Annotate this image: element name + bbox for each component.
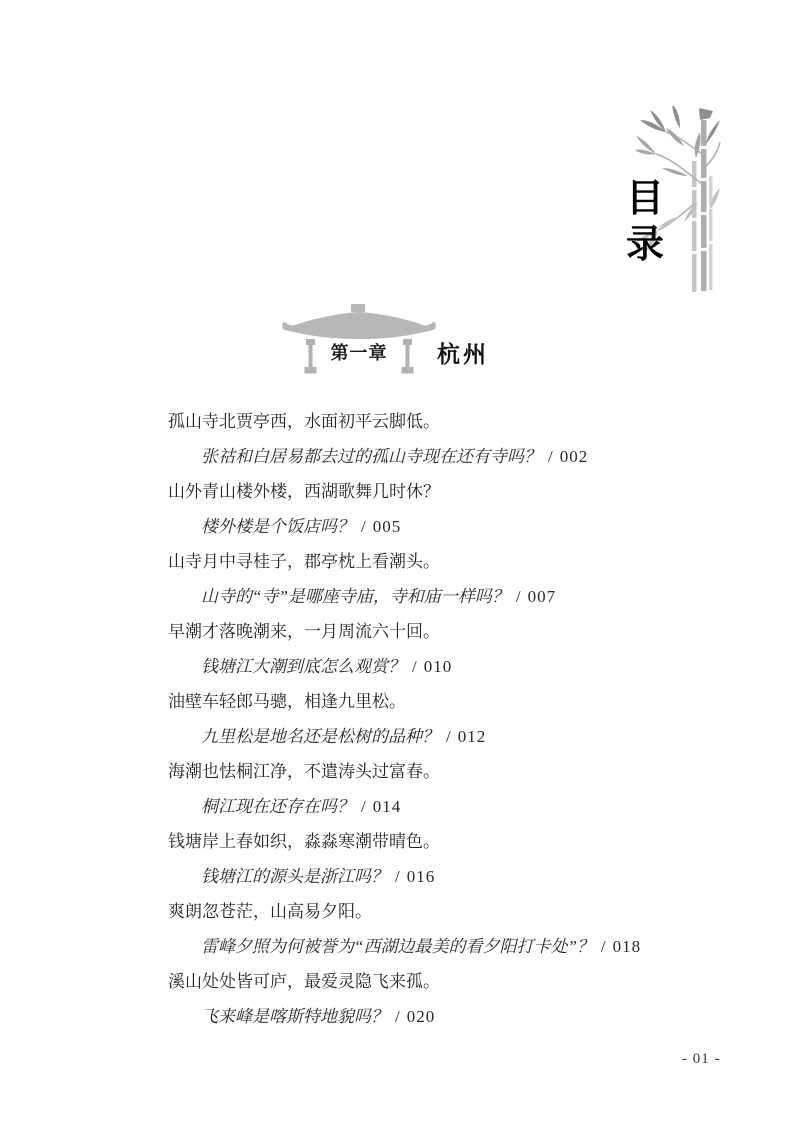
separator: / bbox=[446, 727, 451, 746]
poem-line: 孤山寺北贾亭西，水面初平云脚低。 bbox=[168, 404, 648, 439]
poem-line: 溪山处处皆可庐，最爱灵隐飞来孤。 bbox=[168, 964, 648, 999]
page-number: 012 bbox=[458, 727, 487, 746]
poem-line: 油壁车轻郎马骢，相逢九里松。 bbox=[168, 684, 648, 719]
page-number: 014 bbox=[373, 797, 402, 816]
question-text: 楼外楼是个饭店吗？ bbox=[201, 517, 354, 536]
page-number: 020 bbox=[407, 1007, 436, 1026]
toc-entry: 海潮也怯桐江净，不遣涛头过富春。 桐江现在还存在吗？/014 bbox=[168, 754, 648, 824]
separator: / bbox=[395, 1007, 400, 1026]
toc-entry: 溪山处处皆可庐，最爱灵隐飞来孤。 飞来峰是喀斯特地貌吗？/020 bbox=[168, 964, 648, 1034]
separator: / bbox=[361, 517, 366, 536]
chapter-label: 第一章 bbox=[281, 339, 437, 365]
poem-line: 钱塘岸上春如织，淼淼寒潮带晴色。 bbox=[168, 824, 648, 859]
page-number: 005 bbox=[373, 517, 402, 536]
question-text: 张祜和白居易都去过的孤山寺现在还有寺吗？ bbox=[201, 447, 541, 466]
question-text: 飞来峰是喀斯特地貌吗？ bbox=[201, 1007, 388, 1026]
toc-entry: 山寺月中寻桂子，郡亭枕上看潮头。 山寺的“寺”是哪座寺庙，寺和庙一样吗？/007 bbox=[168, 544, 648, 614]
page-title-char-2: 录 bbox=[622, 222, 668, 268]
question-line: 九里松是地名还是松树的品种？/012 bbox=[168, 719, 648, 754]
chapter-title: 杭州 bbox=[437, 336, 489, 369]
poem-line: 爽朗忽苍茫，山高易夕阳。 bbox=[168, 894, 648, 929]
toc-entry: 爽朗忽苍茫，山高易夕阳。 雷峰夕照为何被誉为“西湖边最美的看夕阳打卡处”？/01… bbox=[168, 894, 648, 964]
question-text: 桐江现在还存在吗？ bbox=[201, 797, 354, 816]
toc-entry: 孤山寺北贾亭西，水面初平云脚低。 张祜和白居易都去过的孤山寺现在还有寺吗？/00… bbox=[168, 404, 648, 474]
separator: / bbox=[361, 797, 366, 816]
footer-page-number: - 01 - bbox=[682, 1051, 721, 1068]
separator: / bbox=[548, 447, 553, 466]
poem-line: 山寺月中寻桂子，郡亭枕上看潮头。 bbox=[168, 544, 648, 579]
toc-entry: 油壁车轻郎马骢，相逢九里松。 九里松是地名还是松树的品种？/012 bbox=[168, 684, 648, 754]
page-number: 002 bbox=[560, 447, 589, 466]
separator: / bbox=[395, 867, 400, 886]
toc-entry: 山外青山楼外楼，西湖歌舞几时休？ 楼外楼是个饭店吗？/005 bbox=[168, 474, 648, 544]
page-number: 007 bbox=[528, 587, 557, 606]
separator: / bbox=[516, 587, 521, 606]
page-number: 018 bbox=[613, 937, 642, 956]
toc-page: 目 录 第一章 杭州 孤山寺北贾亭西，水面初平云脚低。 张祜和白居易都去过的孤山… bbox=[0, 0, 799, 1129]
page-title-char-1: 目 bbox=[622, 176, 668, 222]
page-number: 016 bbox=[407, 867, 436, 886]
poem-line: 山外青山楼外楼，西湖歌舞几时休？ bbox=[168, 474, 648, 509]
question-line: 雷峰夕照为何被誉为“西湖边最美的看夕阳打卡处”？/018 bbox=[168, 929, 648, 964]
poem-line: 早潮才落晚潮来，一月周流六十回。 bbox=[168, 614, 648, 649]
question-line: 钱塘江的源头是浙江吗？/016 bbox=[168, 859, 648, 894]
question-line: 张祜和白居易都去过的孤山寺现在还有寺吗？/002 bbox=[168, 439, 648, 474]
question-line: 楼外楼是个饭店吗？/005 bbox=[168, 509, 648, 544]
separator: / bbox=[412, 657, 417, 676]
question-line: 钱塘江大潮到底怎么观赏？/010 bbox=[168, 649, 648, 684]
question-line: 飞来峰是喀斯特地貌吗？/020 bbox=[168, 999, 648, 1034]
question-line: 山寺的“寺”是哪座寺庙，寺和庙一样吗？/007 bbox=[168, 579, 648, 614]
page-title: 目 录 bbox=[622, 176, 668, 268]
poem-line: 海潮也怯桐江净，不遣涛头过富春。 bbox=[168, 754, 648, 789]
toc-entry: 早潮才落晚潮来，一月周流六十回。 钱塘江大潮到底怎么观赏？/010 bbox=[168, 614, 648, 684]
toc-list: 孤山寺北贾亭西，水面初平云脚低。 张祜和白居易都去过的孤山寺现在还有寺吗？/00… bbox=[168, 404, 648, 1034]
page-number: 010 bbox=[424, 657, 453, 676]
question-line: 桐江现在还存在吗？/014 bbox=[168, 789, 648, 824]
chapter-header: 第一章 bbox=[281, 304, 437, 374]
question-text: 雷峰夕照为何被誉为“西湖边最美的看夕阳打卡处”？ bbox=[201, 937, 594, 956]
question-text: 九里松是地名还是松树的品种？ bbox=[201, 727, 439, 746]
question-text: 钱塘江的源头是浙江吗？ bbox=[201, 867, 388, 886]
question-text: 山寺的“寺”是哪座寺庙，寺和庙一样吗？ bbox=[201, 587, 509, 606]
separator: / bbox=[601, 937, 606, 956]
question-text: 钱塘江大潮到底怎么观赏？ bbox=[201, 657, 405, 676]
toc-entry: 钱塘岸上春如织，淼淼寒潮带晴色。 钱塘江的源头是浙江吗？/016 bbox=[168, 824, 648, 894]
